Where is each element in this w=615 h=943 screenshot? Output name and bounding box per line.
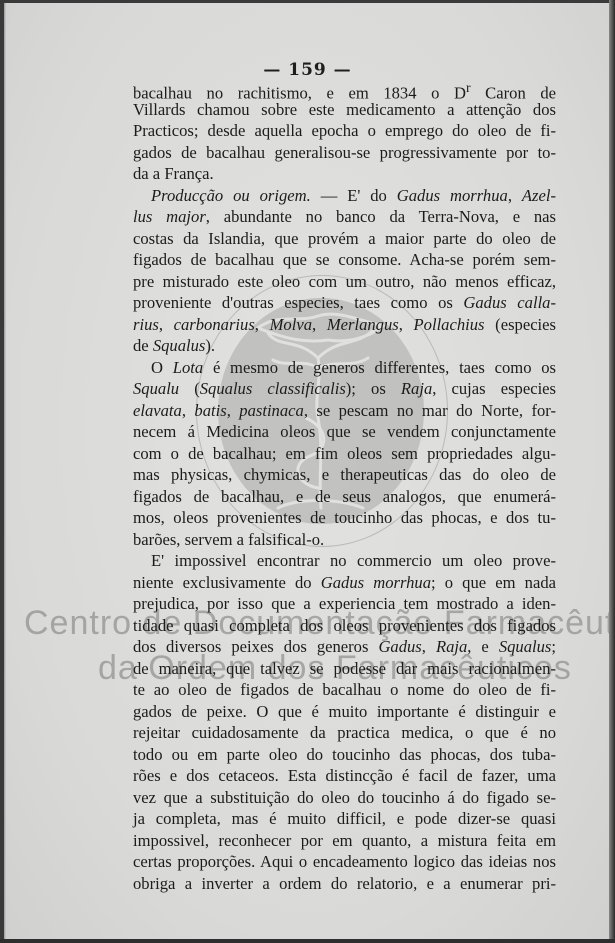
text-line: Producção ou origem. — E' do Gadus morrh…: [133, 185, 556, 207]
text-line: impossivel, reconhecer por em quanto, a …: [133, 830, 556, 852]
text-line: mos, oleos provenientes de toucinho das …: [133, 507, 556, 529]
text-line: proveniente d'outras especies, taes como…: [133, 292, 556, 314]
text-line: certas proporções. Aqui o encadeamento l…: [133, 851, 556, 873]
text-line: O Lota é mesmo de generos differentes, t…: [133, 357, 556, 379]
text-line: dos diversos peixes dos generos Gadus, R…: [133, 636, 556, 658]
text-line: rejeitar cuidadosamente da practica medi…: [133, 722, 556, 744]
page-binding-edge: [4, 3, 6, 940]
text-line: de Squalus).: [133, 335, 556, 357]
text-line: tidade quasi completa dos oleos provenie…: [133, 615, 556, 637]
text-line: figados de bacalhau que se consome. Acha…: [133, 249, 556, 271]
text-line: pre misturado este oleo com um outro, nã…: [133, 271, 556, 293]
text-line: Practicos; desde aquella epocha o empreg…: [133, 120, 556, 142]
text-line: mas physicas, chymicas, e therapeuticas …: [133, 464, 556, 486]
text-line: gados de peixe. O que é muito importante…: [133, 701, 556, 723]
text-line: bacalhau no rachitismo, e em 1834 o Dr C…: [133, 77, 556, 99]
text-line: prejudica, por isso que a experiencia te…: [133, 593, 556, 615]
bleed-through-mark: ·: [150, 830, 154, 842]
text-line: necem á Medicina oleos que se vendem con…: [133, 421, 556, 443]
text-line: de maneira, que talvez se podesse dar ma…: [133, 658, 556, 680]
text-line: figados de bacalhau, e de seus analogos,…: [133, 486, 556, 508]
text-line: gados de bacalhau generalisou-se progres…: [133, 142, 556, 164]
text-line: E' impossivel encontrar no commercio um …: [133, 550, 556, 572]
text-line: te ao oleo de figados de bacalhau o nome…: [133, 679, 556, 701]
text-line: lus major, abundante no banco da Terra-N…: [133, 206, 556, 228]
text-line: barões, servem a falsifical-o.: [133, 529, 556, 551]
text-line: costas da Islandia, que provém a maior p…: [133, 228, 556, 250]
text-line: todo ou em parte oleo do toucinho das ph…: [133, 744, 556, 766]
scan-border-right: [609, 0, 615, 943]
scan-border-bottom: [0, 939, 615, 943]
page-body-text: bacalhau no rachitismo, e em 1834 o Dr C…: [133, 77, 556, 894]
text-line: da a França.: [133, 163, 556, 185]
text-line: vez que a substituição do oleo do toucin…: [133, 787, 556, 809]
text-line: ja completa, mas é muito difficil, e pod…: [133, 808, 556, 830]
text-line: elavata, batis, pastinaca, se pescam no …: [133, 400, 556, 422]
text-line: niente exclusivamente do Gadus morrhua; …: [133, 572, 556, 594]
text-line: obriga a inverter a ordem do relatorio, …: [133, 873, 556, 895]
text-line: rões e dos cetaceos. Esta distincção é f…: [133, 765, 556, 787]
text-line: rius, carbonarius, Molva, Merlangus, Pol…: [133, 314, 556, 336]
text-line: Squalu (Squalus classificalis); os Raja,…: [133, 378, 556, 400]
text-line: com o de bacalhau; em fim oleos sem prop…: [133, 443, 556, 465]
text-line: Villards chamou sobre este medicamento a…: [133, 99, 556, 121]
